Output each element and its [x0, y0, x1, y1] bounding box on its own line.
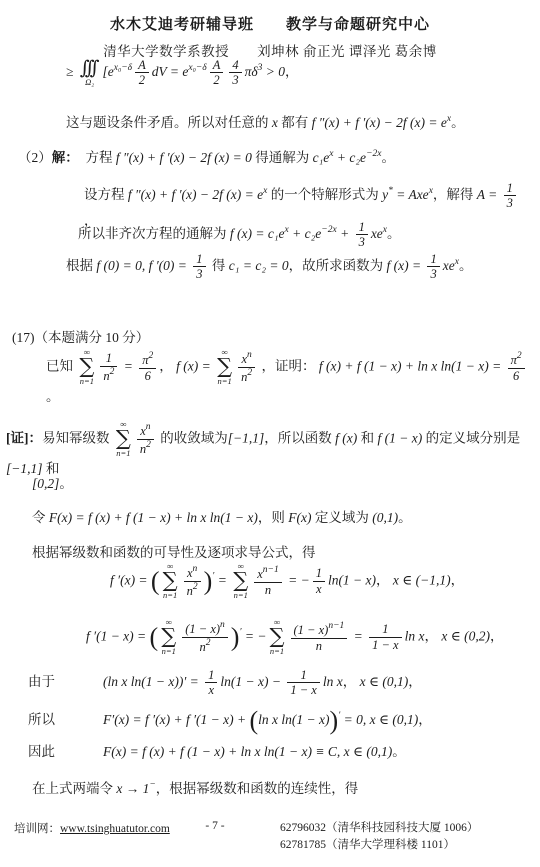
fraction: 13: [427, 252, 439, 282]
summation-symbol: ∞∑n=1: [161, 618, 176, 657]
footer-site-link[interactable]: www.tsinghuatutor.com: [60, 823, 170, 835]
fraction: 13: [504, 181, 516, 211]
fraction: 1n2: [100, 351, 117, 383]
define-F-line: 令 F(x) = f (x) + f (1 − x) + ln x ln(1 −…: [32, 508, 532, 528]
triple-integral-symbol: ∫∫∫Ω₂: [80, 59, 100, 87]
derivative-f1mx-formula: f ′(1 − x) = (∞∑n=1(1 − x)nn2)′ = −∞∑n=1…: [86, 618, 532, 657]
fraction: A2: [135, 58, 149, 88]
fraction: 11 − x: [287, 668, 319, 698]
fraction: 1x: [205, 668, 217, 698]
proof-domain-line: [证]：易知幂级数 ∞∑n=1xnn2 的收敛域为[−1,1]，所以函数 f (…: [6, 420, 532, 479]
limit-continuity-line: 在上式两端令 x → 1−，根据幂级数和函数的连续性，得: [32, 778, 532, 799]
initial-conditions-line: 根据 f (0) = 0, f ′(0) = 13 得 c₁ = c₂ = 0，…: [66, 252, 532, 282]
summation-symbol: ∞∑n=1: [233, 562, 248, 601]
fraction: 13: [356, 220, 368, 250]
fraction: (1 − x)nn2: [182, 620, 228, 654]
document-page: 水木艾迪考研辅导班 教学与命题研究中心 清华大学数学系教授 刘坤林 俞正光 谭泽…: [0, 0, 540, 867]
derivative-fx-formula: f ′(x) = (∞∑n=1xnn2)′ = ∞∑n=1xn−1n = −1x…: [110, 562, 532, 601]
fraction: xnn2: [137, 422, 154, 456]
since-product-derivative-line: 由于(ln x ln(1 − x))′ = 1xln(1 − x) − 11 −…: [28, 668, 532, 698]
footer-site: 培训网：www.tsinghuatutor.com: [14, 820, 170, 836]
fraction: A2: [210, 58, 224, 88]
part2-solution-general-solution: （2）解： 方程 f ″(x) + f ′(x) − 2f (x) = 0 得通…: [18, 147, 532, 168]
fraction: π26: [508, 351, 525, 383]
fraction: xnn2: [184, 564, 201, 598]
hence-F-constant-line: 因此F(x) = f (x) + f (1 − x) + ln x ln(1 −…: [28, 742, 532, 762]
nonhomogeneous-general-solution-line: 所以非齐次方程的通解为 f (x) = c₁ex + c₂e−2x + 13xe…: [78, 220, 532, 250]
interval-02-line: [0,2]。: [32, 474, 532, 494]
termwise-derivative-intro-line: 根据幂级数和函数的可导性及逐项求导公式，得: [32, 543, 532, 563]
footer-phone-line-2: 62781785（清华大学理科楼 1101）: [280, 837, 478, 854]
fraction: (1 − x)n−1n: [291, 621, 348, 653]
summation-symbol: ∞∑n=1: [116, 420, 131, 459]
fraction: 13: [193, 252, 205, 282]
fraction: 1x: [313, 566, 325, 596]
fraction: xn−1n: [254, 565, 281, 597]
footer-page-number: - 7 -: [185, 820, 245, 832]
footer-contacts: 62796032（清华科技园科技大厦 1006） 62781785（清华大学理科…: [280, 820, 478, 855]
problem-17-heading: (17)（本题满分 10 分）: [12, 328, 532, 348]
fraction: 43: [229, 58, 241, 88]
summation-symbol: ∞∑n=1: [163, 562, 178, 601]
contradiction-conclusion-line: 这与题设条件矛盾。所以对任意的 x 都有 f ″(x) + f ′(x) − 2…: [66, 112, 532, 133]
fraction: xnn2: [238, 350, 255, 384]
fraction: 11 − x: [369, 622, 401, 652]
footer-phone-line-1: 62796032（清华科技园科技大厦 1006）: [280, 820, 478, 837]
footer-site-label: 培训网：: [14, 823, 60, 835]
therefore-Fprime-zero-line: 所以F′(x) = f ′(x) + f ′(1 − x) + (ln x ln…: [28, 708, 532, 734]
summation-symbol: ∞∑n=1: [217, 348, 232, 387]
summation-symbol: ∞∑n=1: [79, 348, 94, 387]
fraction: π26: [139, 351, 156, 383]
problem-17-statement: 已知 ∞∑n=11n2 = π26， f (x) = ∞∑n=1xnn2 ，证明…: [46, 348, 532, 407]
display-formula-triple-integral: ≥ ∫∫∫Ω₂[ex₀−δA2dV = ex₀−δA243πδ3 > 0，: [66, 58, 532, 88]
summation-symbol: ∞∑n=1: [270, 618, 285, 657]
document-body: ≥ ∫∫∫Ω₂[ex₀−δA2dV = ex₀−δA243πδ3 > 0，这与题…: [0, 0, 540, 867]
